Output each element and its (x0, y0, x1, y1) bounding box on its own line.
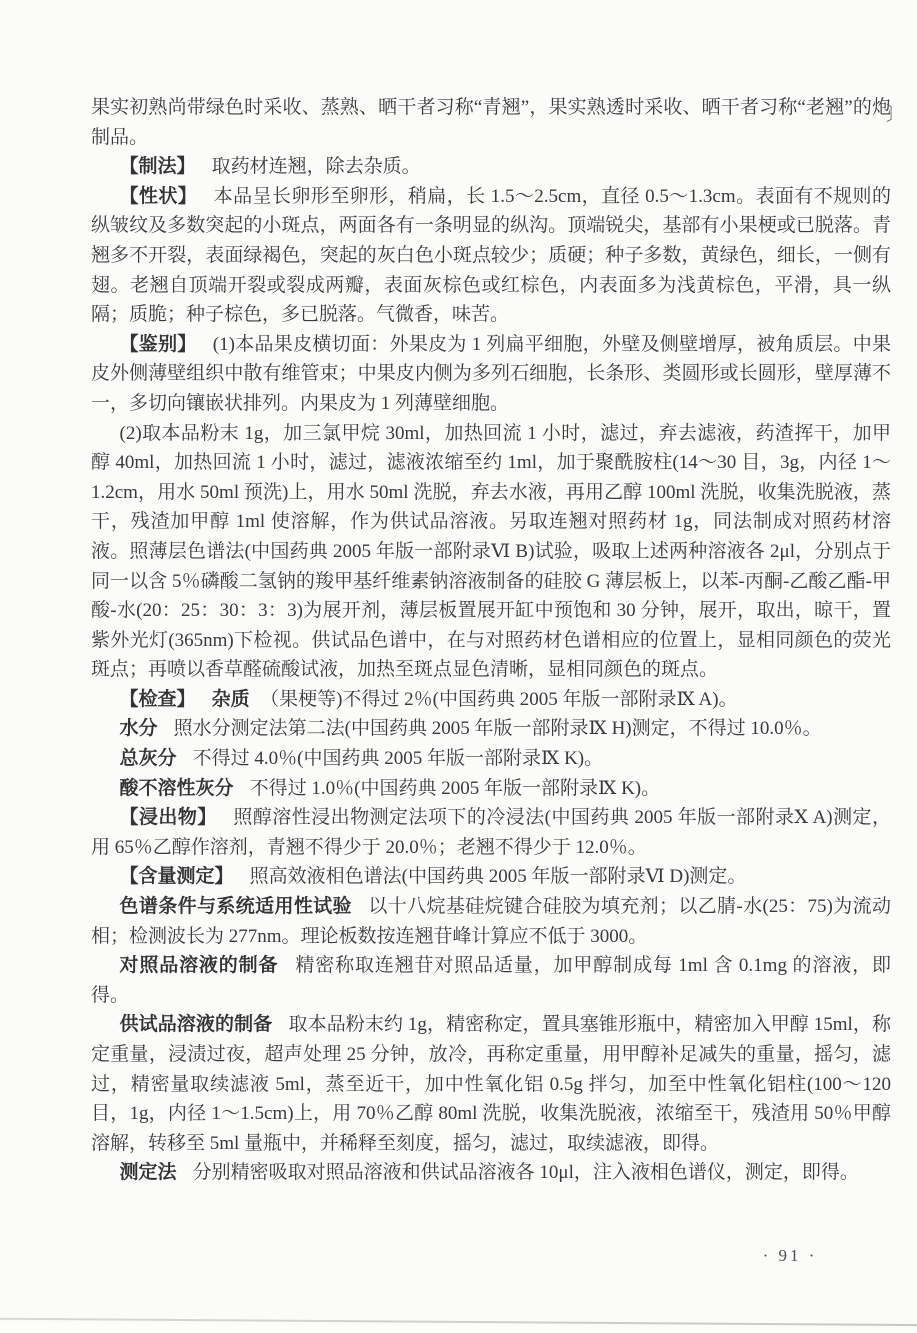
subsection-label-total-ash: 总灰分 (120, 748, 177, 769)
paragraph-sample-solution: 供试品溶液的制备取本品粉末约 1g，精密称定，置具塞锥形瓶中，精密加入甲醇 15… (91, 1010, 891, 1158)
paragraph-total-ash: 总灰分不得过 4.0％(中国药典 2005 年版一部附录Ⅸ K)。 (91, 744, 891, 774)
water-text: 照水分测定法第二法(中国药典 2005 年版一部附录Ⅸ H)测定，不得过 10.… (174, 718, 822, 739)
section-label-description: 【性状】 (120, 186, 198, 207)
section-label-preparation: 【制法】 (120, 156, 196, 177)
subsection-label-chromatography: 色谱条件与系统适用性试验 (120, 896, 352, 917)
inspection-text: （果梗等)不得过 2％(中国药典 2005 年版一部附录Ⅸ A)。 (260, 689, 738, 710)
paragraph-preparation: 【制法】取药材连翘，除去杂质。 (91, 152, 891, 182)
paragraph-extract: 【浸出物】照醇溶性浸出物测定法项下的冷浸法(中国药典 2005 年版一部附录Ⅹ … (91, 803, 891, 862)
paragraph-description: 【性状】本品呈长卵形至卵形，稍扁，长 1.5～2.5cm，直径 0.5～1.3c… (91, 182, 891, 330)
paragraph-chromatography: 色谱条件与系统适用性试验以十八烷基硅烷键合硅胶为填充剂；以乙腈-水(25：75)… (91, 892, 891, 951)
section-label-inspection: 【检查】 (120, 689, 196, 710)
determination-text: 分别精密吸取对照品溶液和供试品溶液各 10μl，注入液相色谱仪，测定，即得。 (193, 1162, 859, 1183)
page-text-body: 果实初熟尚带绿色时采收、蒸熟、晒干者习称“青翘”，果实熟透时采收、晒干者习称“老… (91, 93, 891, 1188)
acid-ash-text: 不得过 1.0％(中国药典 2005 年版一部附录Ⅸ K)。 (250, 778, 660, 799)
identification-text-1: (1)本品果皮横切面：外果皮为 1 列扁平细胞，外壁及侧壁增厚，被角质层。中果皮… (91, 334, 891, 414)
description-text: 本品呈长卵形至卵形，稍扁，长 1.5～2.5cm，直径 0.5～1.3cm。表面… (91, 186, 891, 325)
paragraph-reference-solution: 对照品溶液的制备精密称取连翘苷对照品适量，加甲醇制成每 1ml 含 0.1mg … (91, 951, 891, 1010)
total-ash-text: 不得过 4.0％(中国药典 2005 年版一部附录Ⅸ K)。 (193, 748, 603, 769)
page-number: · 91 · (735, 1246, 845, 1266)
paragraph-water: 水分照水分测定法第二法(中国药典 2005 年版一部附录Ⅸ H)测定，不得过 1… (91, 714, 891, 744)
section-label-assay: 【含量测定】 (120, 866, 234, 887)
assay-text: 照高效液相色谱法(中国药典 2005 年版一部附录Ⅵ D)测定。 (250, 866, 747, 887)
subsection-label-reference-solution: 对照品溶液的制备 (120, 955, 279, 976)
paragraph-determination: 测定法分别精密吸取对照品溶液和供试品溶液各 10μl，注入液相色谱仪，测定，即得… (91, 1158, 891, 1188)
intro-text: 果实初熟尚带绿色时采收、蒸熟、晒干者习称“青翘”，果实熟透时采收、晒干者习称“老… (91, 97, 891, 148)
section-label-extract: 【浸出物】 (120, 807, 217, 828)
paragraph-assay: 【含量测定】照高效液相色谱法(中国药典 2005 年版一部附录Ⅵ D)测定。 (91, 862, 891, 892)
section-label-identification: 【鉴别】 (120, 334, 197, 355)
paragraph-inspection: 【检查】杂质（果梗等)不得过 2％(中国药典 2005 年版一部附录Ⅸ A)。 (91, 685, 891, 715)
paragraph-acid-ash: 酸不溶性灰分不得过 1.0％(中国药典 2005 年版一部附录Ⅸ K)。 (91, 774, 891, 804)
scan-edge-artifact: 〕 (886, 99, 905, 126)
identification-text-2: (2)取本品粉末 1g，加三氯甲烷 30ml，加热回流 1 小时，滤过，弃去滤液… (91, 423, 891, 681)
preparation-text: 取药材连翘，除去杂质。 (212, 156, 421, 177)
subsection-label-determination: 测定法 (120, 1162, 177, 1183)
paragraph-intro-continuation: 果实初熟尚带绿色时采收、蒸熟、晒干者习称“青翘”，果实熟透时采收、晒干者习称“老… (91, 93, 891, 152)
paragraph-identification-2: (2)取本品粉末 1g，加三氯甲烷 30ml，加热回流 1 小时，滤过，弃去滤液… (91, 419, 891, 685)
paragraph-identification-1: 【鉴别】(1)本品果皮横切面：外果皮为 1 列扁平细胞，外壁及侧壁增厚，被角质层… (91, 330, 891, 419)
subsection-label-water: 水分 (120, 718, 158, 739)
subsection-label-sample-solution: 供试品溶液的制备 (120, 1014, 273, 1035)
subsection-label-acid-ash: 酸不溶性灰分 (120, 778, 234, 799)
subsection-label-impurity: 杂质 (212, 689, 250, 710)
